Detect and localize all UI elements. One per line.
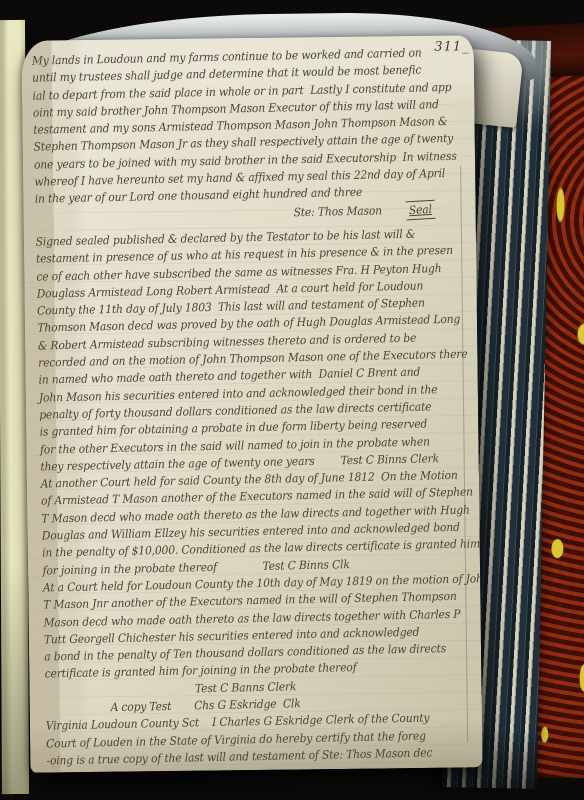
photo-of-manuscript-page: { "manuscript": { "page_number": "311_",… [0, 0, 584, 800]
handwritten-text-block: My lands in Loudoun and my farms continu… [32, 43, 483, 769]
seal-mark: Seal [406, 199, 435, 220]
manuscript-page: 311_ My lands in Loudoun and my farms co… [22, 35, 483, 772]
